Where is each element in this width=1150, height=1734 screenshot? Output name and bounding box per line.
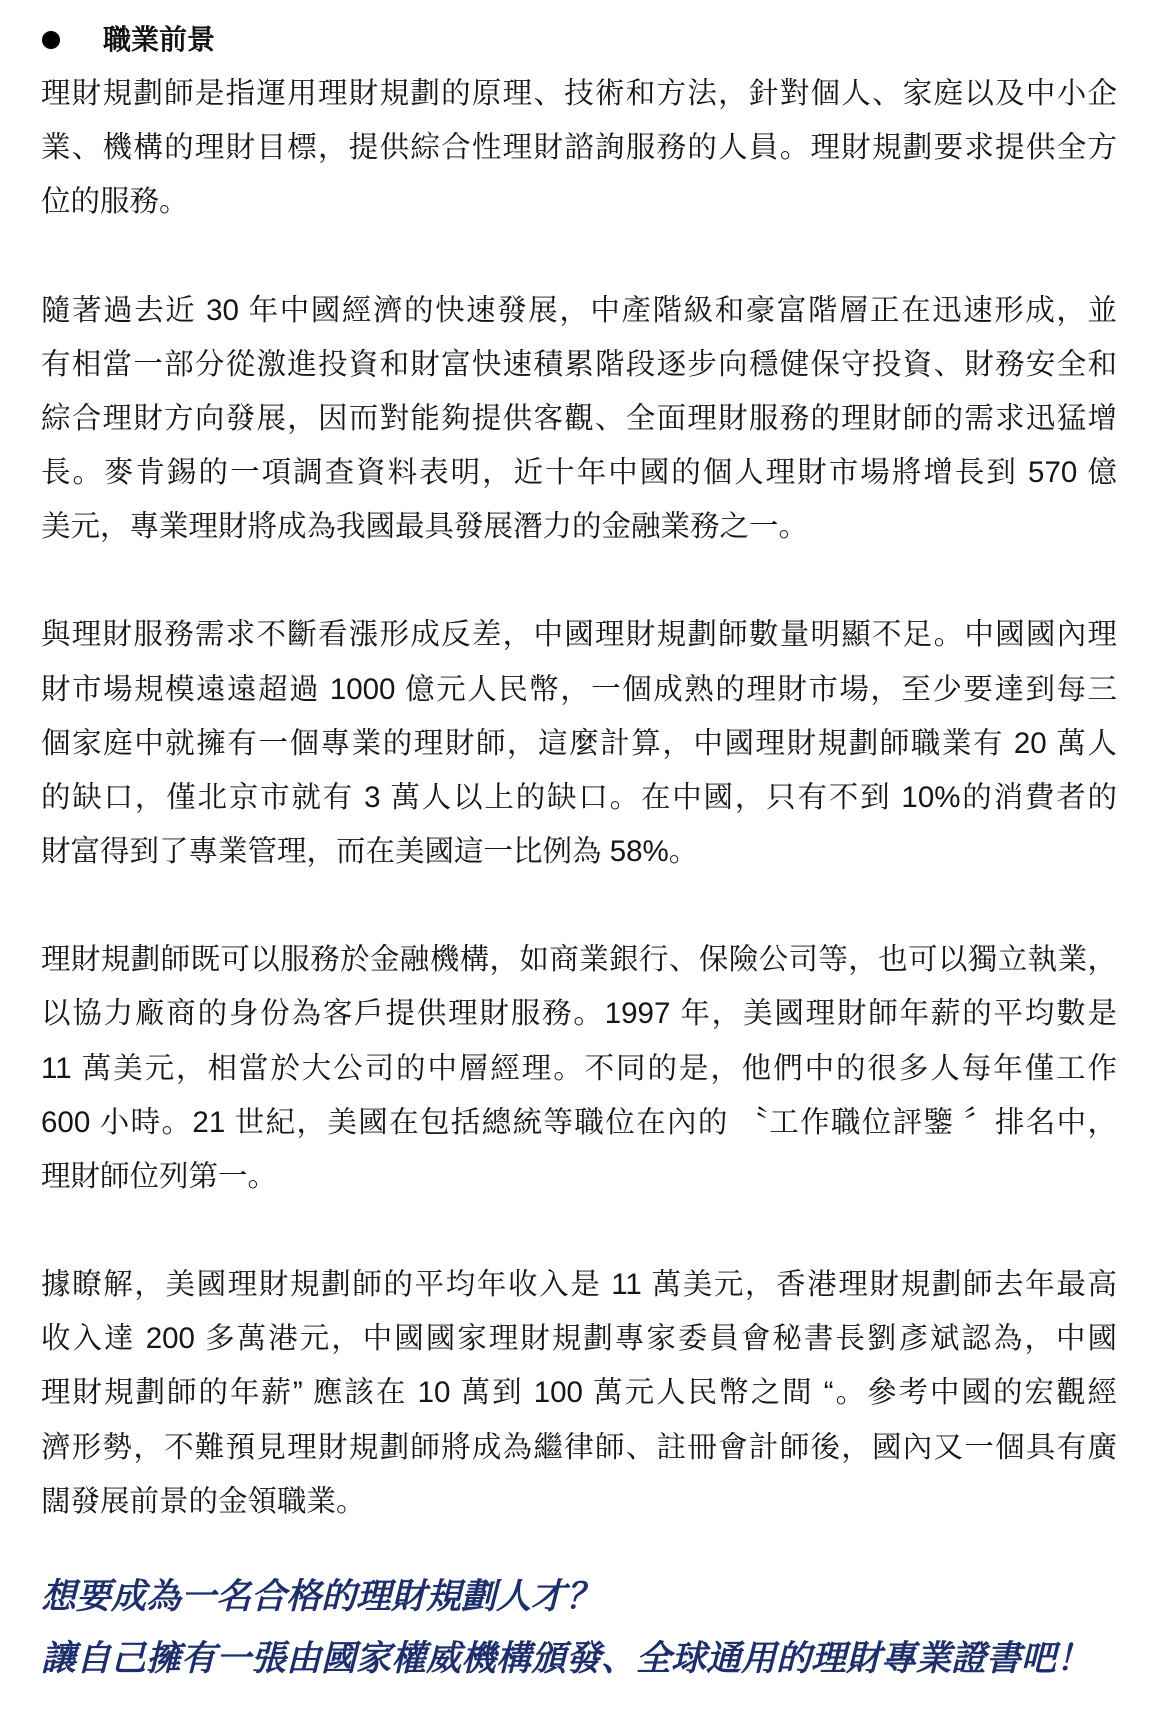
text-line: 理財規劃師既可以服務於金融機構，如商業銀行、保險公司等，也可以獨立執業， (41, 933, 1117, 987)
text-line: 11 萬美元，相當於大公司的中層經理。不同的是，他們中的很多人每年僅工作 (41, 1042, 1117, 1096)
text-line: 闊發展前景的金領職業。 (41, 1475, 1117, 1529)
paragraph-market-growth: 隨著過去近 30 年中國經濟的快速發展，中產階級和豪富階層正在迅速形成，並 有相… (41, 284, 1117, 555)
text-line: 美元，專業理財將成為我國最具發展潛力的金融業務之一。 (41, 500, 1117, 554)
text-line: 隨著過去近 30 年中國經濟的快速發展，中產階級和豪富階層正在迅速形成，並 (41, 284, 1117, 338)
text-line: 長。麥肯錫的一項調查資料表明，近十年中國的個人理財市場將增長到 570 億 (41, 446, 1117, 500)
text-line: 理財規劃師是指運用理財規劃的原理、技術和方法，針對個人、家庭以及中小企 (41, 67, 1117, 121)
text-line: 據瞭解，美國理財規劃師的平均年收入是 11 萬美元，香港理財規劃師去年最高 (41, 1258, 1117, 1312)
paragraph-career-definition: 理財規劃師是指運用理財規劃的原理、技術和方法，針對個人、家庭以及中小企 業、機構… (41, 67, 1117, 229)
paragraph-talent-shortage: 與理財服務需求不斷看漲形成反差，中國理財規劃師數量明顯不足。中國國內理 財市場規… (41, 608, 1117, 879)
call-to-action: 想要成為一名合格的理財規劃人才？ 讓自己擁有一張由國家權威機構頒發、全球通用的理… (41, 1566, 1117, 1690)
text-line: 綜合理財方向發展，因而對能夠提供客觀、全面理財服務的理財師的需求迅猛增 (41, 392, 1117, 446)
text-line: 的缺口，僅北京市就有 3 萬人以上的缺口。在中國，只有不到 10%的消費者的 (41, 771, 1117, 825)
paragraph-income-outlook: 據瞭解，美國理財規劃師的平均年收入是 11 萬美元，香港理財規劃師去年最高 收入… (41, 1258, 1117, 1529)
text-line: 有相當一部分從激進投資和財富快速積累階段逐步向穩健保守投資、財務安全和 (41, 338, 1117, 392)
text-line: 理財規劃師的年薪” 應該在 10 萬到 100 萬元人民幣之間 “。參考中國的宏… (41, 1366, 1117, 1420)
text-line: 與理財服務需求不斷看漲形成反差，中國理財規劃師數量明顯不足。中國國內理 (41, 608, 1117, 662)
text-line: 位的服務。 (41, 175, 1117, 229)
callout-question: 想要成為一名合格的理財規劃人才？ (41, 1566, 1117, 1628)
text-line: 600 小時。21 世紀，美國在包括總統等職位在內的 〝工作職位評鑒 〞排名中， (41, 1096, 1117, 1150)
callout-exclamation: 讓自己擁有一張由國家權威機構頒發、全球通用的理財專業證書吧！ (41, 1628, 1117, 1690)
text-line: 收入達 200 多萬港元，中國國家理財規劃專家委員會秘書長劉彥斌認為，中國 (41, 1312, 1117, 1366)
text-line: 個家庭中就擁有一個專業的理財師，這麼計算，中國理財規劃師職業有 20 萬人 (41, 717, 1117, 771)
text-line: 財市場規模遠遠超過 1000 億元人民幣，一個成熟的理財市場，至少要達到每三 (41, 663, 1117, 717)
section-heading: 職業前景 (103, 20, 215, 60)
article-body: 理財規劃師是指運用理財規劃的原理、技術和方法，針對個人、家庭以及中小企 業、機構… (41, 67, 1117, 1583)
text-line: 理財師位列第一。 (41, 1150, 1117, 1204)
text-line: 濟形勢，不難預見理財規劃師將成為繼律師、註冊會計師後，國內又一個具有廣 (41, 1421, 1117, 1475)
text-line: 財富得到了專業管理，而在美國這一比例為 58%。 (41, 825, 1117, 879)
text-line: 以協力廠商的身份為客戶提供理財服務。1997 年，美國理財師年薪的平均數是 (41, 987, 1117, 1041)
text-line: 業、機構的理財目標，提供綜合性理財諮詢服務的人員。理財規劃要求提供全方 (41, 121, 1117, 175)
bullet-icon (42, 31, 60, 49)
paragraph-us-salary: 理財規劃師既可以服務於金融機構，如商業銀行、保險公司等，也可以獨立執業， 以協力… (41, 933, 1117, 1204)
